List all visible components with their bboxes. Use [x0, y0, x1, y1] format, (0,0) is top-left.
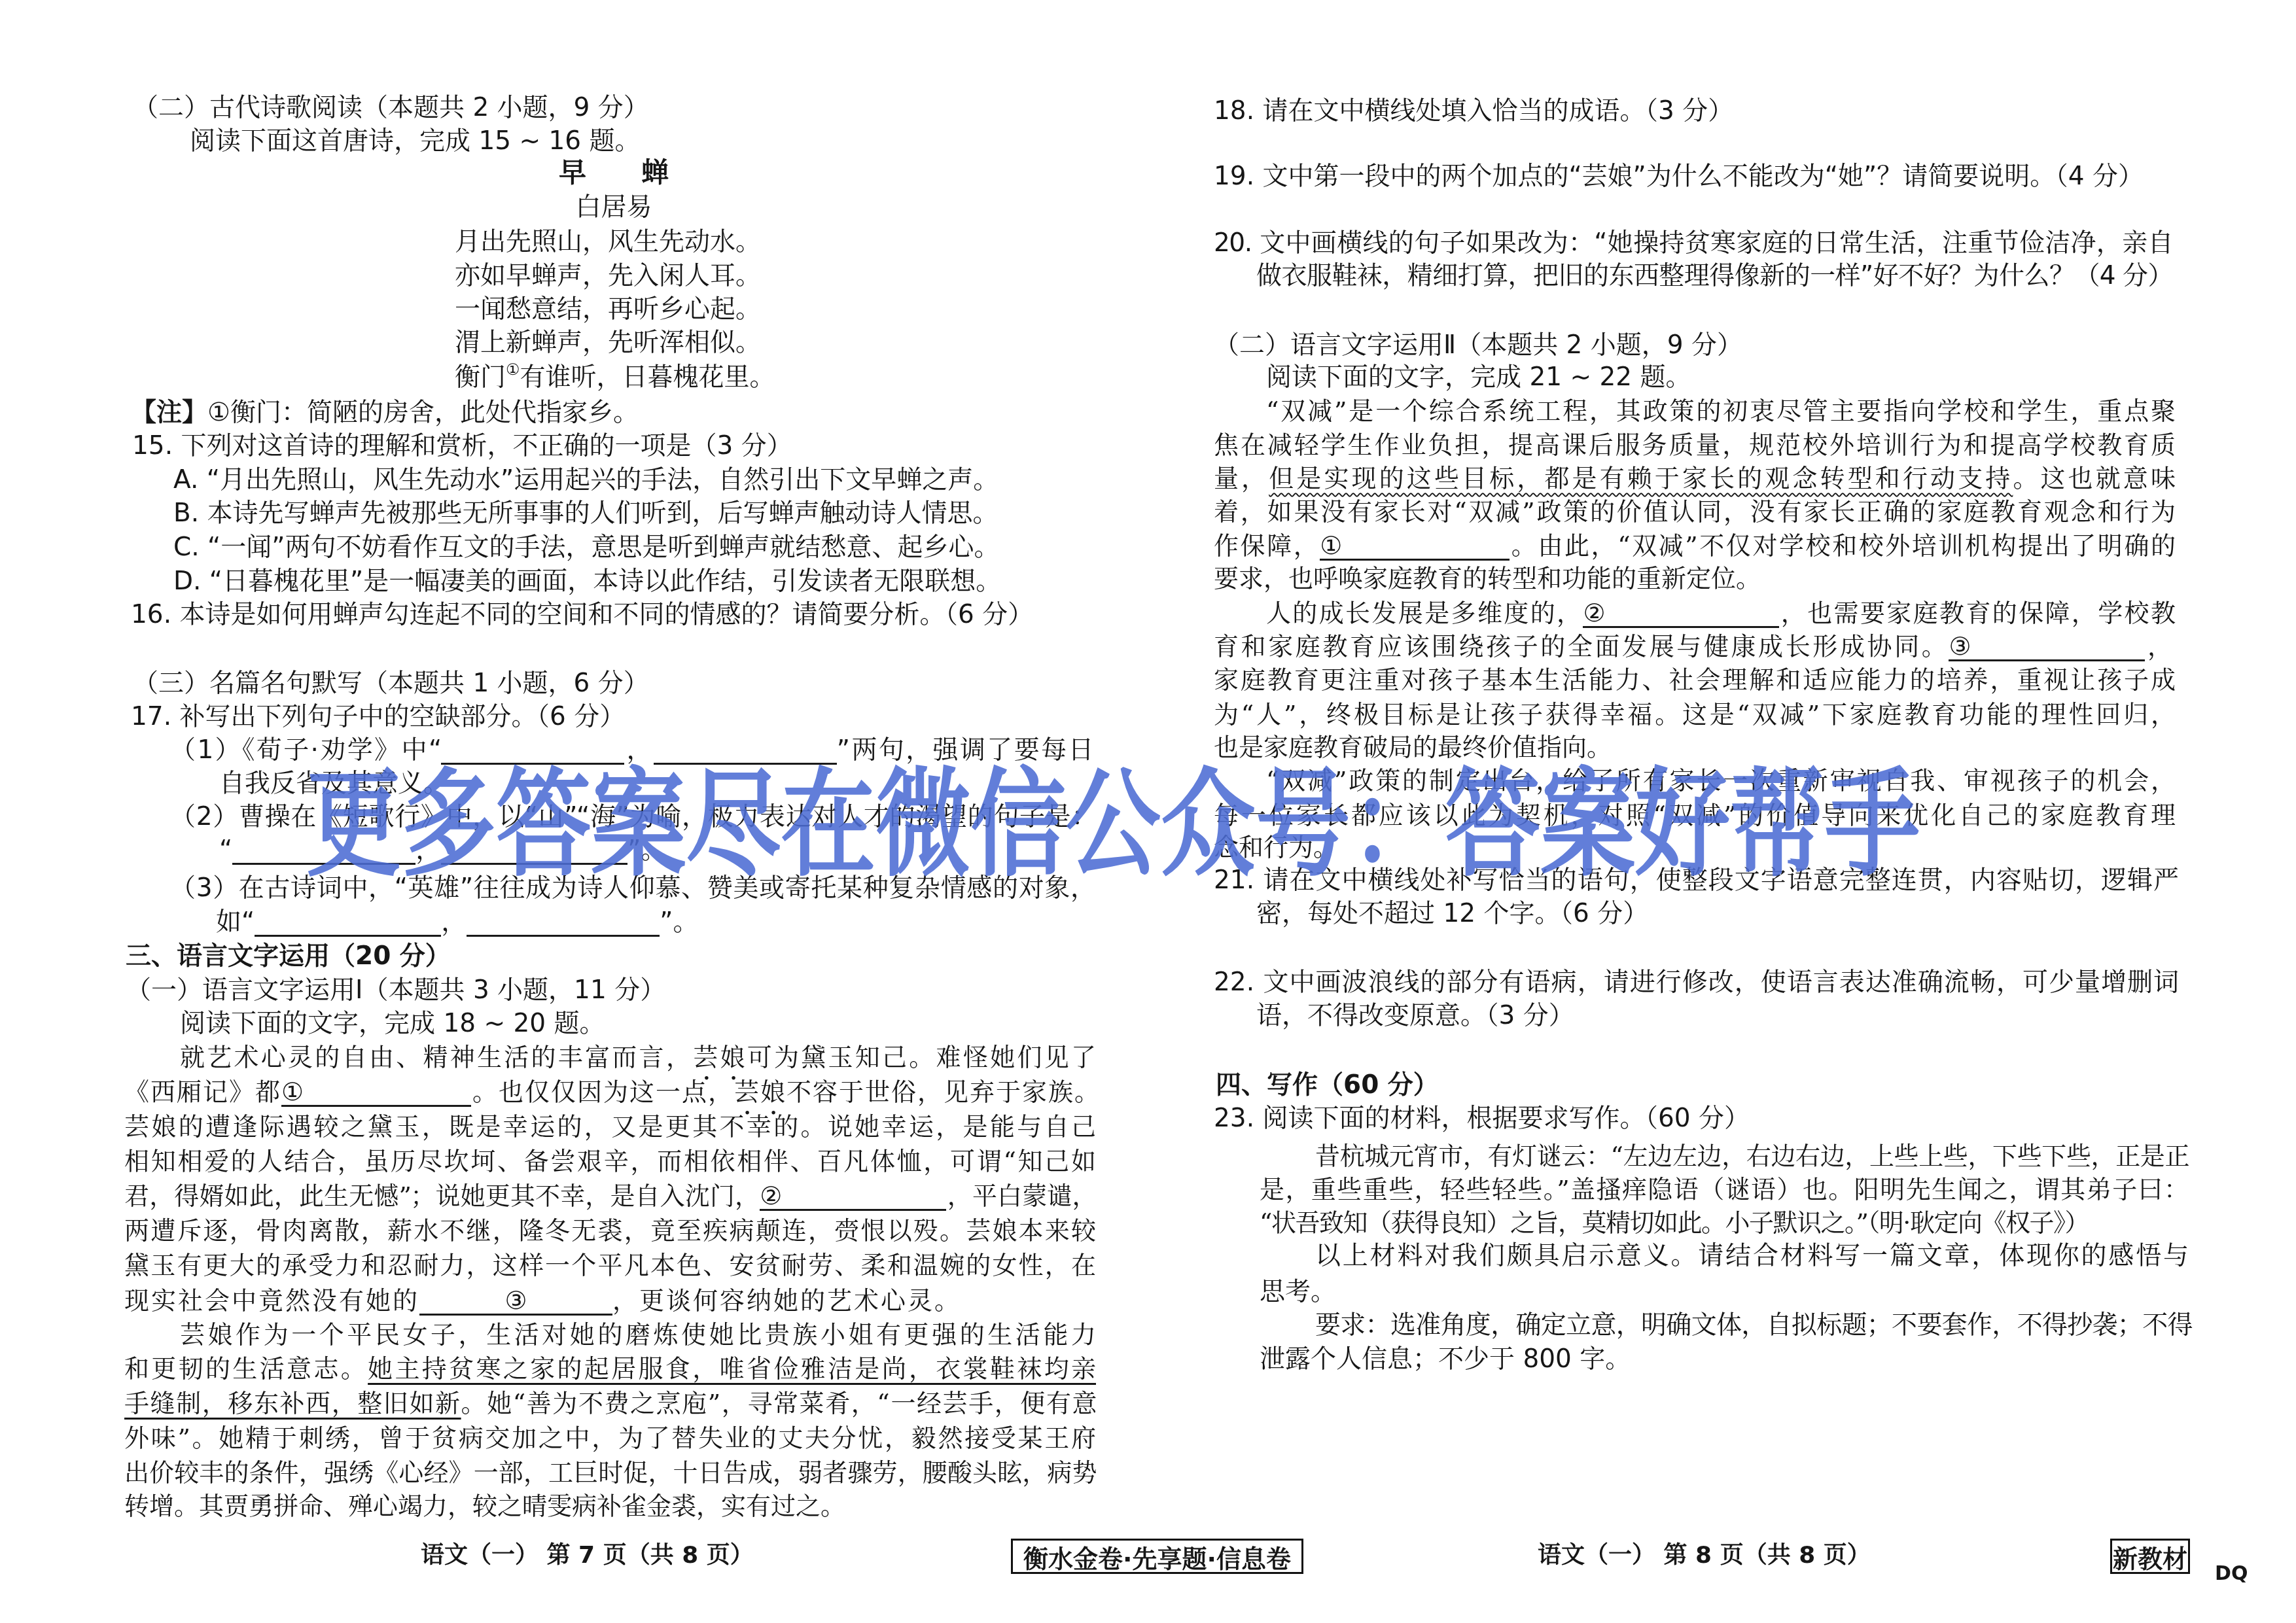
question-21-line-1: 21. 请在文中横线处补写恰当的语句，使整段文字语意完整连贯，内容贴切，逻辑严 — [1214, 864, 2179, 898]
fill-blank-2: ② — [1583, 600, 1779, 628]
fill-blank — [441, 837, 627, 865]
poem-line: 一闻愁意结，再听乡心起。 — [455, 292, 761, 326]
text-segment: 君，得婿如此，此生无憾”；说她更其不幸，是自入沈门， — [124, 1181, 760, 1210]
text-segment: 。这也就意味 — [2013, 464, 2176, 493]
passage-line: 就艺术心灵的自由、精神生活的丰富而言，芸娘可为黛玉知己。难怪她们见了 — [180, 1040, 1096, 1074]
fill-blank-1: ① — [281, 1079, 471, 1107]
text-segment: 和更韧的生活意志。 — [124, 1354, 368, 1383]
wavy-underlined-sentence: 但是实现的这些目标，都是有赖于家长的观念转型和行动支持 — [1269, 464, 2013, 493]
text-segment: 人的成长发展是多维度的， — [1266, 599, 1583, 627]
passage-line: 出价较丰的条件，强绣《心经》一部，工巨时促，十日告成，弱者骤劳，腰酸头眩，病势 — [124, 1456, 1096, 1490]
writing-material-line: 是，重些重些，轻些轻些。”盖搔痒隐语（谜语）也。阳明先生闻之，谓其弟子曰： — [1260, 1172, 2189, 1206]
question-20-line-2: 做衣服鞋袜，精细打算，把旧的东西整理得像新的一样”好不好？为什么？（4 分） — [1256, 259, 2172, 293]
passage-line: 作保障，①。由此，“双减”不仅对学校和校外培训机构提出了明确的 — [1214, 529, 2176, 563]
text-segment: 现实社会中竟然没有她的 — [124, 1286, 419, 1315]
fill-blank-1: ① — [1320, 532, 1510, 561]
question-17-stem: 17. 补写出下列句子中的空缺部分。（6 分） — [131, 700, 625, 734]
footnote-marker: ① — [506, 360, 520, 379]
question-17-item-3: （3）在古诗词中，“英雄”往往成为诗人仰慕、赞美或寄托某种复杂情感的对象， — [170, 871, 1096, 905]
fill-blank-3: ③ — [1949, 633, 2145, 661]
passage-line: 也是家庭教育破局的最终价值指向。 — [1214, 730, 1612, 764]
question-15-option-b: B. 本诗先写蝉声先被那些无所事事的人们听到，后写蝉声触动诗人情思。 — [173, 497, 998, 531]
fill-blank — [441, 737, 624, 765]
writing-prompt-line: 思考。 — [1260, 1275, 1336, 1309]
separator: ， — [441, 907, 467, 937]
page-number-right: 语文（一） 第 8 页（共 8 页） — [1538, 1541, 1871, 1571]
section-heading-ancient-poetry: （二）古代诗歌阅读（本题共 2 小题，9 分） — [133, 91, 649, 125]
section-heading-language-use-1: （一）语言文字运用Ⅰ（本题共 3 小题，11 分） — [126, 973, 665, 1007]
part-heading-writing: 四、写作（60 分） — [1216, 1068, 1439, 1102]
series-badge: 衡水金卷·先享题·信息卷 — [1011, 1539, 1303, 1574]
separator: ， — [624, 735, 654, 765]
note-text: ①衡门：简陋的房舍，此处代指家乡。 — [207, 398, 639, 427]
passage-line: 现实社会中竟然没有她的③，更谈何容纳她的艺术心灵。 — [124, 1283, 961, 1318]
emphasized-word: 芸娘 — [693, 1043, 747, 1072]
open-quote: “ — [219, 835, 232, 865]
poem-line: 亦如早蝉声，先入闲人耳。 — [455, 259, 761, 293]
passage-line: 和更韧的生活意志。她主持贫寒之家的起居服食，唯省俭雅洁是尚，衣裳鞋袜均亲 — [124, 1352, 1096, 1386]
passage-line: 育和家庭教育应该围绕孩子的全面发展与健康成长形成协同。③， — [1214, 629, 2172, 663]
poem-line: 月出先照山，风生先动水。 — [455, 225, 761, 259]
passage-line: 两遭斥逐，骨肉离散，薪水不继，隆冬无裘，竟至疾病颠连，赍恨以殁。芸娘本来较 — [124, 1213, 1096, 1248]
passage-line: 芸娘作为一个平民女子，生活对她的磨炼使她比贵族小姐有更强的生活能力 — [180, 1318, 1096, 1352]
poem-title: 早 蝉 — [548, 156, 679, 190]
text-segment: 量， — [1214, 464, 1269, 493]
passage-line: “双减”是一个综合系统工程，其政策的初衷尽管主要指向学校和学生，重点聚 — [1266, 394, 2176, 428]
question-15-option-a: A. “月出先照山，风生先动水”运用起兴的手法，自然引出下文早蝉之声。 — [173, 463, 998, 497]
item-text: ”两句，强调了要每日 — [837, 735, 1093, 765]
text-segment: 。也仅仅因为这一点， — [471, 1077, 734, 1106]
passage-line: 黛玉有更大的承受力和忍耐力，这样一个平凡本色、安贫耐劳、柔和温婉的女性，在 — [124, 1248, 1096, 1282]
underlined-sentence: 手缝制，移东补西，整旧如新 — [124, 1389, 461, 1418]
poem-line: 衡门①有谁听，日暮槐花里。 — [455, 360, 775, 394]
section-heading-dictation: （三）名篇名句默写（本题共 1 小题，6 分） — [133, 667, 649, 701]
print-code: DQ — [2215, 1562, 2248, 1586]
question-23-stem: 23. 阅读下面的材料，根据要求写作。（60 分） — [1214, 1102, 1750, 1136]
question-20-line-1: 20. 文中画横线的句子如果改为：“她操持贫寒家庭的日常生活，注重节俭洁净，亲自 — [1214, 226, 2172, 260]
passage-line: 着，如果没有家长对“双减”政策的价值认同，没有家长正确的家庭教育观念和行为 — [1214, 495, 2176, 529]
passage-line: “双减”政策的制定出台，给了所有家长一次重新审视自我、审视孩子的机会， — [1266, 763, 2176, 797]
text-segment: 不容于世俗，见弃于家族。 — [786, 1077, 1099, 1106]
question-21-line-2: 密，每处不超过 12 个字。（6 分） — [1256, 897, 1648, 931]
question-22-line-2: 语，不得改变原意。（3 分） — [1256, 999, 1574, 1033]
passage-line: 外味”。她精于刺绣，曾于贫病交加之中，为了替失业的丈夫分忧，毅然接受某王府 — [124, 1421, 1096, 1455]
question-19: 19. 文中第一段中的两个加点的“芸娘”为什么不能改为“她”？请简要说明。（4 … — [1214, 160, 2144, 194]
passage-line: 要求，也呼唤家庭教育的转型和功能的重新定位。 — [1214, 561, 1761, 595]
question-15-option-d: D. “日暮槐花里”是一幅凄美的画面，本诗以此作结，引发读者无限联想。 — [173, 565, 1001, 599]
text-segment: ，更谈何容纳她的艺术心灵。 — [612, 1286, 961, 1315]
writing-material-line: “状吾致知（获得良知）之旨，莫精切如此。小子默识之。”（明·耿定向《权子》） — [1260, 1206, 2089, 1240]
passage-line: 人的成长发展是多维度的，②，也需要家庭教育的保障，学校教 — [1266, 596, 2176, 630]
question-22-line-1: 22. 文中画波浪线的部分有语病，请进行修改，使语言表达准确流畅，可少量增删词 — [1214, 966, 2179, 1000]
poem-text: 有谁听，日暮槐花里。 — [520, 362, 775, 392]
text-segment: 。由此，“双减”不仅对学校和校外培训机构提出了明确的 — [1510, 531, 2176, 560]
section-heading-language-use-2: （二）语言文字运用Ⅱ（本题共 2 小题，9 分） — [1214, 328, 1742, 362]
text-segment: 就艺术心灵的自由、精神生活的丰富而言， — [180, 1043, 693, 1072]
poem-text: 衡门 — [455, 362, 506, 392]
writing-requirements-line: 要求：选准角度，确定立意，明确文体，自拟标题；不要套作，不得抄袭；不得 — [1315, 1308, 2192, 1342]
fill-blank — [255, 909, 441, 937]
fill-blank — [654, 737, 837, 765]
passage-line: 焦在减轻学生作业负担，提高课后服务质量，规范校外培训行为和提高学校教育质 — [1214, 428, 2176, 462]
poetry-instruction: 阅读下面这首唐诗，完成 15 ~ 16 题。 — [190, 124, 641, 158]
question-16: 16. 本诗是如何用蝉声勾连起不同的空间和不同的情感的？请简要分析。（6 分） — [131, 598, 1033, 632]
passage-line: 转增。其贾勇拼命、殚心竭力，较之晴雯病补雀金裘，实有过之。 — [124, 1489, 845, 1523]
poem-line: 渭上新蝉声，先听浑相似。 — [455, 326, 761, 360]
poem-footnote: 【注】①衡门：简陋的房舍，此处代指家乡。 — [131, 396, 639, 430]
text-segment: 《西厢记》都 — [124, 1077, 281, 1106]
text-segment: 。她“善为不费之烹庖”，寻常菜肴，“一经芸手，便有意 — [461, 1389, 1096, 1418]
passage-line: 每一位家长都应该以此为契机，对照“双减”的价值导向来优化自己的家庭教育理 — [1214, 798, 2176, 832]
close-quote: ”。 — [660, 907, 698, 937]
text-segment: ，平白蒙谴， — [946, 1181, 1096, 1210]
poem-author: 白居易 — [548, 190, 679, 224]
note-label: 【注】 — [131, 398, 207, 427]
passage-line: 家庭教育更注重对孩子基本生活能力、社会理解和适应能力的培养，重视让孩子成 — [1214, 663, 2176, 697]
fill-blank — [232, 837, 415, 865]
edition-badge: 新教材 — [2110, 1539, 2190, 1574]
close-quote: ”。 — [627, 835, 666, 865]
passage-instruction: 阅读下面的文字，完成 21 ~ 22 题。 — [1266, 360, 1691, 394]
fill-blank — [467, 909, 660, 937]
text-segment: ，也需要家庭教育的保障，学校教 — [1779, 599, 2176, 627]
passage-line: 量，但是实现的这些目标，都是有赖于家长的观念转型和行动支持。这也就意味 — [1214, 461, 2176, 495]
question-17-item-2: （2）曹操在《短歌行》中，以“山”“海”为喻，极力表达对人才的渴望的句子是： — [170, 800, 1096, 834]
question-18: 18. 请在文中横线处填入恰当的成语。（3 分） — [1214, 94, 1733, 128]
question-15-stem: 15. 下列对这首诗的理解和赏析，不正确的一项是（3 分） — [132, 429, 792, 463]
emphasized-word: 芸娘 — [734, 1077, 786, 1106]
question-17-item-2-answer-line: “，”。 — [219, 833, 666, 867]
page-number-left: 语文（一） 第 7 页（共 8 页） — [421, 1541, 754, 1571]
passage-line: 《西厢记》都①。也仅仅因为这一点，芸娘不容于世俗，见弃于家族。 — [124, 1075, 1099, 1109]
question-17-item-1: （1）《荀子·劝学》中“，”两句，强调了要每日 — [170, 733, 1093, 767]
fill-blank-3: ③ — [419, 1287, 612, 1316]
writing-prompt-line: 以上材料对我们颇具启示意义。请结合材料写一篇文章，体现你的感悟与 — [1315, 1239, 2189, 1273]
text-segment: ， — [2145, 632, 2172, 661]
text-segment: 可为黛玉知己。难怪她们见了 — [747, 1043, 1096, 1072]
question-15-option-c: C. “一闻”两句不妨看作互文的手法，意思是听到蝉声就结愁意、起乡心。 — [173, 531, 999, 565]
part-heading-language-use: 三、语言文字运用（20 分） — [126, 939, 451, 973]
underlined-sentence: 她主持贫寒之家的起居服食，唯省俭雅洁是尚，衣裳鞋袜均亲 — [368, 1354, 1096, 1383]
question-17-item-1-continuation: 自我反省及其意义。 — [219, 767, 449, 801]
passage-line: 念和行为。 — [1214, 830, 1338, 864]
passage-line: 君，得婿如此，此生无憾”；说她更其不幸，是自入沈门，②，平白蒙谴， — [124, 1179, 1096, 1213]
writing-requirements-line: 泄露个人信息；不少于 800 字。 — [1260, 1342, 1631, 1376]
passage-line: 相知相爱的人结合，虽历尽坎坷、备尝艰辛，而相依相伴、百凡体恤，可谓“知己如 — [124, 1144, 1096, 1178]
question-17-item-3-answer-line: 如“，”。 — [216, 905, 698, 939]
passage-line: 为“人”，终极目标是让孩子获得幸福。这是“双减”下家庭教育功能的理性回归， — [1214, 697, 2176, 731]
passage-line: 芸娘的遭逢际遇较之黛玉，既是幸运的，又是更其不幸的。说她幸运，是能与自己 — [124, 1109, 1096, 1143]
text-segment: 作保障， — [1214, 531, 1320, 560]
passage-instruction: 阅读下面的文字，完成 18 ~ 20 题。 — [180, 1007, 605, 1041]
fill-blank-2: ② — [760, 1183, 946, 1211]
writing-material-line: 昔杭城元宵市，有灯谜云：“左边左边，右边右边，上些上些，下些下些，正是正 — [1315, 1139, 2189, 1173]
item-text: （1）《荀子·劝学》中“ — [170, 735, 441, 765]
passage-line: 手缝制，移东补西，整旧如新。她“善为不费之烹庖”，寻常菜肴，“一经芸手，便有意 — [124, 1386, 1096, 1420]
text-segment: 育和家庭教育应该围绕孩子的全面发展与健康成长形成协同。 — [1214, 632, 1949, 661]
separator: ， — [415, 835, 441, 865]
open-quote: 如“ — [216, 907, 255, 937]
